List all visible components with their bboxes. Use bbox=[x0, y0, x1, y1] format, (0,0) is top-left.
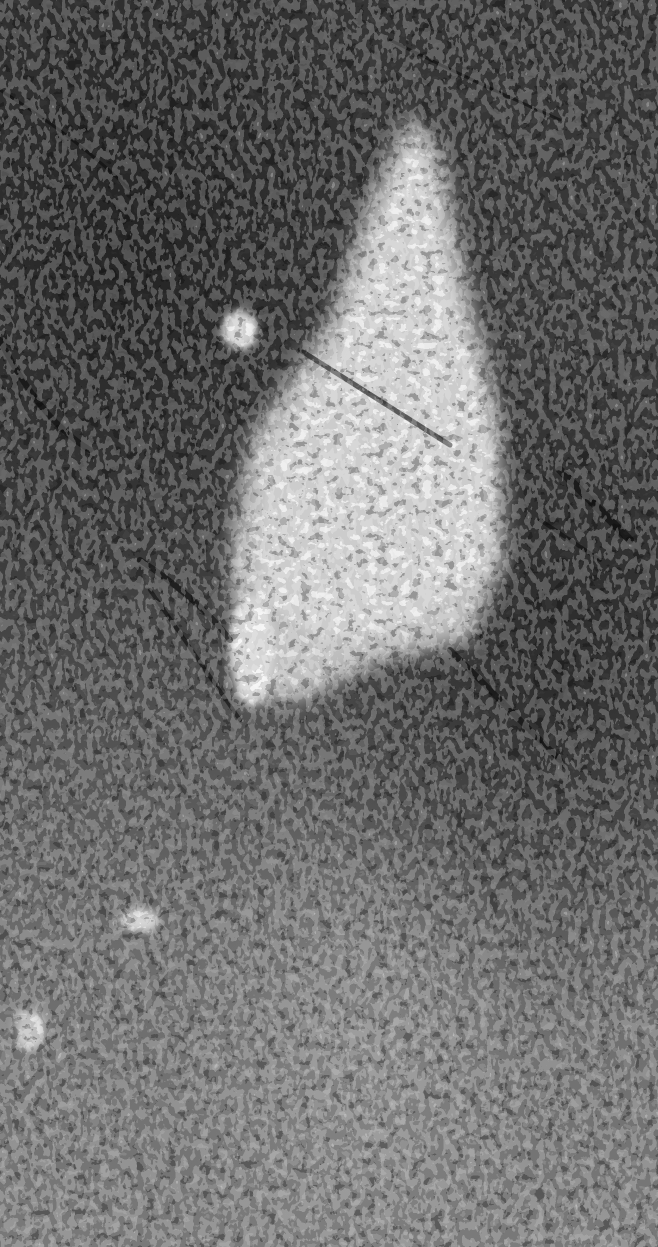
grain-texture-light bbox=[0, 0, 658, 1247]
photo-canvas bbox=[0, 0, 658, 1247]
